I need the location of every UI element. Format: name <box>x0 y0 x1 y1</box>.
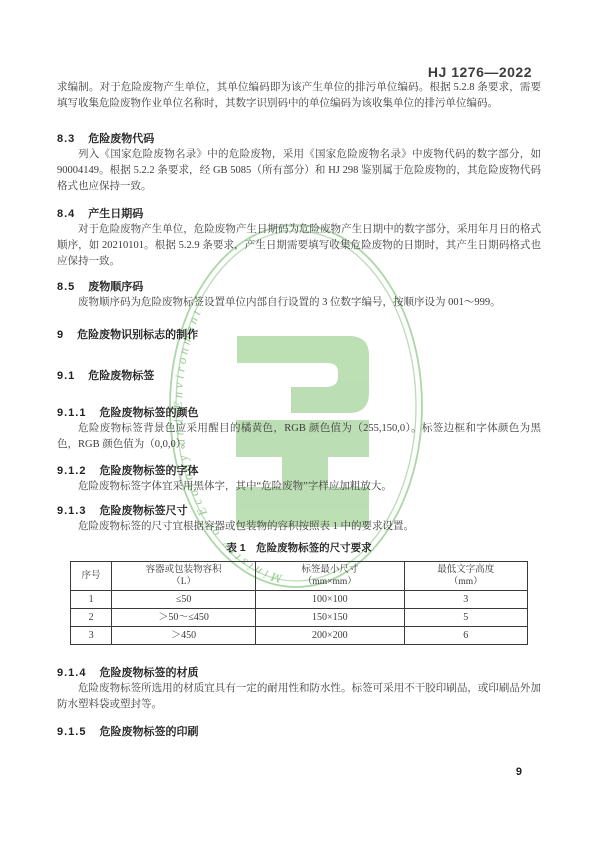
column-header-unit: （mm×mm） <box>303 577 357 587</box>
table-cell: 150×150 <box>256 609 405 627</box>
table-row: 3 ＞450 200×200 6 <box>71 627 528 645</box>
column-header-index: 序号 <box>71 562 112 591</box>
section-number: 9.1.2 <box>57 465 86 477</box>
column-header-text: 容器或包装物容积 <box>146 565 222 575</box>
section-title: 危险废物标签的颜色 <box>99 407 198 419</box>
table-cell: 3 <box>404 591 527 609</box>
section-number: 9.1 <box>57 370 75 382</box>
column-header-unit: （L） <box>171 577 196 587</box>
column-header-text: 最低文字高度 <box>437 565 494 575</box>
section-number: 9.1.5 <box>57 726 86 738</box>
table-cell: 2 <box>71 609 112 627</box>
table-cell: ＞50～≤450 <box>112 609 256 627</box>
table-cell: ＞450 <box>112 627 256 645</box>
table-header-row: 序号 容器或包装物容积（L） 标签最小尺寸（mm×mm） 最低文字高度（mm） <box>71 562 528 591</box>
intro-paragraph: 求编制。对于危险废物产生单位，其单位编码即为该产生单位的排污单位编码。根据 5.… <box>57 80 541 112</box>
section-title: 危险废物标签的材质 <box>99 667 198 679</box>
page-number: 9 <box>516 766 522 778</box>
table-cell: 1 <box>71 591 112 609</box>
section-heading-9-1-5: 9.1.5危险废物标签的印刷 <box>57 725 541 740</box>
section-paragraph-9-1-4: 危险废物标签所选用的材质宜具有一定的耐用性和防水性。标签可采用不干胶印刷品，或印… <box>57 681 541 713</box>
document-page: Ministry of Ecology and Environment HJ 1… <box>0 0 596 842</box>
section-number: 8.5 <box>57 281 75 293</box>
section-heading-9-1-3: 9.1.3危险废物标签尺寸 <box>57 504 541 519</box>
section-title: 危险废物识别标志的制作 <box>77 329 198 341</box>
section-title: 危险废物标签尺寸 <box>99 505 187 517</box>
column-header-volume: 容器或包装物容积（L） <box>112 562 256 591</box>
section-number: 9.1.4 <box>57 667 86 679</box>
section-title: 产生日期码 <box>88 208 143 220</box>
section-heading-9-1-4: 9.1.4危险废物标签的材质 <box>57 666 541 681</box>
section-title: 危险废物代码 <box>88 133 154 145</box>
section-number: 8.4 <box>57 208 75 220</box>
section-heading-9-1-1: 9.1.1危险废物标签的颜色 <box>57 406 541 421</box>
column-header-text: 序号 <box>82 571 101 581</box>
section-number: 8.3 <box>57 133 75 145</box>
section-paragraph-8-3: 列入《国家危险废物名录》中的危险废物，采用《国家危险废物名录》中废物代码的数字部… <box>57 147 541 195</box>
section-heading-8-4: 8.4产生日期码 <box>57 207 541 222</box>
section-title: 危险废物标签 <box>88 370 154 382</box>
section-heading-9: 9危险废物识别标志的制作 <box>57 328 541 343</box>
column-header-min-size: 标签最小尺寸（mm×mm） <box>256 562 405 591</box>
table-row: 1 ≤50 100×100 3 <box>71 591 528 609</box>
column-header-unit: （mm） <box>449 577 483 587</box>
section-paragraph-9-1-3: 危险废物标签的尺寸宜根据容器或包装物的容积按照表 1 中的要求设置。 <box>57 519 541 535</box>
section-title: 危险废物标签的印刷 <box>99 726 198 738</box>
table-cell: 3 <box>71 627 112 645</box>
table-cell: 5 <box>404 609 527 627</box>
table-row: 2 ＞50～≤450 150×150 5 <box>71 609 528 627</box>
column-header-text: 标签最小尺寸 <box>301 565 358 575</box>
table-caption: 表 1 危险废物标签的尺寸要求 <box>57 540 541 555</box>
column-header-text-height: 最低文字高度（mm） <box>404 562 527 591</box>
section-title: 废物顺序码 <box>88 281 143 293</box>
table-cell: 6 <box>404 627 527 645</box>
section-heading-9-1: 9.1危险废物标签 <box>57 369 541 384</box>
label-size-table: 序号 容器或包装物容积（L） 标签最小尺寸（mm×mm） 最低文字高度（mm） … <box>70 561 528 645</box>
table-cell: 100×100 <box>256 591 405 609</box>
section-number: 9.1.1 <box>57 407 86 419</box>
section-paragraph-9-1-2: 危险废物标签字体宜采用黑体字，其中“危险废物”字样应加粗放大。 <box>57 479 541 495</box>
table-cell: ≤50 <box>112 591 256 609</box>
section-paragraph-8-5: 废物顺序码为危险废物标签设置单位内部自行设置的 3 位数字编号，按顺序设为 00… <box>57 295 541 311</box>
section-paragraph-8-4: 对于危险废物产生单位，危险废物产生日期码为危险废物产生日期中的数字部分，采用年月… <box>57 222 541 270</box>
page-content: HJ 1276—2022 求编制。对于危险废物产生单位，其单位编码即为该产生单位… <box>0 64 596 740</box>
table-cell: 200×200 <box>256 627 405 645</box>
section-number: 9 <box>57 329 64 341</box>
section-paragraph-9-1-1: 危险废物标签背景色应采用醒目的橘黄色，RGB 颜色值为（255,150,0）。标… <box>57 421 541 453</box>
section-title: 危险废物标签的字体 <box>99 465 198 477</box>
section-heading-9-1-2: 9.1.2危险废物标签的字体 <box>57 464 541 479</box>
section-number: 9.1.3 <box>57 505 86 517</box>
section-heading-8-5: 8.5废物顺序码 <box>57 280 541 295</box>
standard-number-header: HJ 1276—2022 <box>57 64 541 80</box>
section-heading-8-3: 8.3危险废物代码 <box>57 132 541 147</box>
